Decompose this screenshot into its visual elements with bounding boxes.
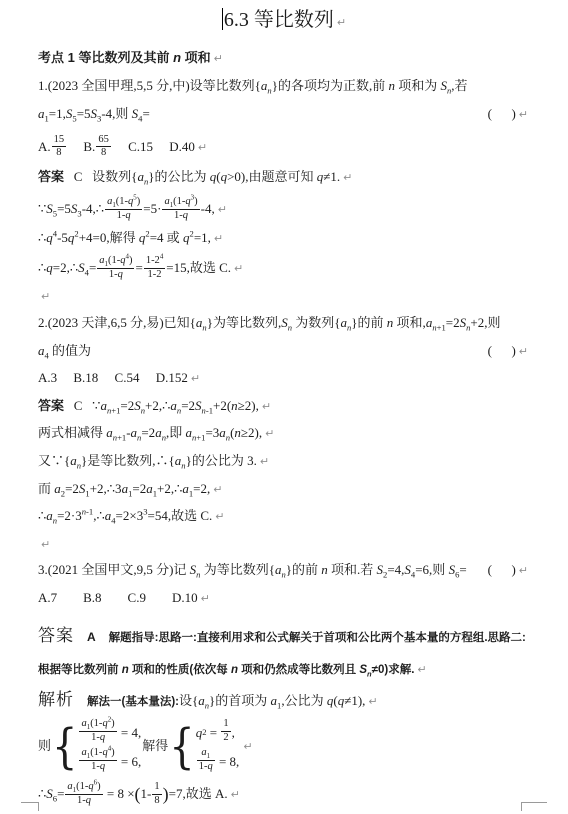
math-anslab: 答案: [38, 398, 64, 413]
inline-sub: 1: [277, 700, 281, 710]
answer-blank-parens: ( ): [488, 106, 516, 121]
problem3-answer-parens: ( )↵: [488, 561, 528, 579]
problem2-solution-line4: ∴an=2·3n-1,∴a4=2×33=54,故选 C.↵: [38, 507, 530, 525]
inline-sup: 5: [133, 195, 136, 202]
section-heading: 考点 1 等比数列及其前 n 项和↵: [38, 47, 530, 66]
empty-paragraph: ↵: [38, 287, 530, 305]
math-fr: a1(1-q4)1-q: [79, 747, 116, 773]
inline-sub: 1: [128, 488, 132, 498]
paragraph-mark-icon: ↵: [231, 788, 240, 801]
page-title: 6.3 等比数列↵: [38, 6, 530, 35]
inline-sub: n+1: [432, 322, 445, 332]
math-nu: a1: [197, 747, 215, 761]
inline-i: an: [46, 508, 57, 523]
inline-i: n: [122, 664, 129, 676]
inline-sub: 1: [87, 753, 90, 760]
inline-sup: 6: [94, 780, 97, 787]
math-anslab: 答案: [38, 169, 64, 184]
problem3-answer: 答案A解题指导:思路一:直接利用求和公式解关于首项和公比两个基本量的方程组.思路…: [38, 618, 530, 682]
inline-i: q: [221, 169, 228, 184]
math-nu: 1-24: [144, 255, 165, 269]
problem2-stem-line2: a4 的值为( )↵: [38, 342, 530, 360]
text-boundary-corner-mark-right: [521, 802, 547, 811]
math-fr: 1-241-2: [144, 255, 165, 281]
math-nu: a1(1-q3): [162, 196, 199, 210]
inline-sub: 1: [73, 787, 76, 794]
inline-i: an: [170, 398, 181, 413]
math-nu: a1(1-q6): [65, 781, 102, 795]
paragraph-mark-icon: ↵: [213, 483, 222, 496]
math-fr: a1(1-q6)1-q: [65, 781, 102, 807]
math-brace: {: [169, 723, 194, 771]
inline-sub: n: [447, 86, 451, 96]
problem2-solution-line2-text: 又∵{an}是等比数列,∴{an}的公比为 3.: [38, 453, 257, 468]
math-bigp: (: [135, 784, 141, 804]
math-de: 1-q: [162, 210, 199, 223]
inline-i: an: [341, 315, 352, 330]
inline-i: n: [192, 433, 196, 443]
inline-sup: 3: [191, 195, 194, 202]
inline-i: n: [231, 398, 238, 413]
page-title-text: 6.3 等比数列: [224, 9, 334, 31]
inline-i: n: [234, 425, 241, 440]
text-boundary-corner-mark-left: [21, 802, 39, 811]
inline-i: q: [46, 260, 53, 275]
problem2-answer: 答案 C ∵an+1=2Sn+2,∴an=2Sn-1+2(n≥2),↵: [38, 397, 530, 415]
inline-sub: 1: [207, 753, 210, 760]
inline-i: an: [219, 425, 230, 440]
inline-i: Sn: [190, 562, 201, 577]
inline-i: q: [207, 761, 212, 772]
inline-i: q: [210, 169, 217, 184]
problem3-analysis: 解析解法一(基本量法):设{an}的首项为 a1,公比为 q(q≠1),↵: [38, 689, 530, 711]
empty-paragraph: ↵: [38, 535, 530, 553]
inline-sub: n: [77, 461, 81, 471]
inline-sub: 1: [85, 488, 89, 498]
paragraph-mark-icon: ↵: [41, 290, 50, 303]
inline-i: Sn: [134, 398, 145, 413]
problem3-final-line: ∴S6=a1(1-q6)1-q = 8 ×(1-18)=7,故选 A.↵: [38, 782, 530, 808]
inline-i: Sn: [440, 78, 451, 93]
paragraph-mark-icon: ↵: [417, 663, 426, 676]
math-de: 1-q: [79, 732, 116, 745]
problem2-solution-line1-text: 两式相减得 an+1-an=2an,即 an+1=3an(n≥2),: [38, 425, 262, 440]
math-nu: a1(1-q5): [105, 196, 142, 210]
inline-sub: 5: [72, 114, 76, 124]
paragraph-mark-icon: ↵: [214, 52, 223, 65]
inline-sub: 4: [138, 114, 142, 124]
inline-sup: 2: [108, 717, 111, 724]
paragraph-mark-icon: ↵: [198, 141, 207, 154]
inline-sub: 1: [87, 724, 90, 731]
inline-i: n: [202, 406, 206, 416]
inline-sub: 2: [61, 488, 65, 498]
inline-sub: 6: [455, 570, 459, 580]
paragraph-mark-icon: ↵: [201, 592, 210, 605]
inline-sub: 6: [53, 794, 57, 804]
paragraph-mark-icon: ↵: [41, 538, 50, 551]
inline-i: Sn: [359, 664, 371, 676]
inline-sub: n: [53, 516, 57, 526]
problem1-options: A.158 B.658 C.15 D.40↵: [38, 135, 530, 161]
problem1-options-text: A.158 B.658 C.15 D.40: [38, 139, 195, 154]
math-fr: 158: [52, 134, 67, 160]
math-fr: a1(1-q3)1-q: [162, 196, 199, 222]
paragraph-mark-icon: ↵: [343, 171, 352, 184]
inline-sub: n: [281, 570, 285, 580]
problem1-stem-line1-text: 1.(2023 全国甲理,5,5 分,中)设等比数列{an}的各项均为正数,前 …: [38, 78, 468, 93]
problem1-answer: 答案 C 设数列{an}的公比为 q(q>0),由题意可知 q≠1.↵: [38, 168, 530, 186]
paragraph-mark-icon: ↵: [191, 372, 200, 385]
inline-i: n: [388, 78, 395, 93]
problem2-solution-line2: 又∵{an}是等比数列,∴{an}的公比为 3.↵: [38, 452, 530, 470]
problem2-stem-line2-text: a4 的值为: [38, 342, 91, 359]
inline-sub: 4: [45, 351, 49, 361]
inline-sub: n: [177, 406, 181, 416]
problem1-solution-line1-text: ∵S5=5S3-4,∴a1(1-q5)1-q=5·a1(1-q3)1-q-4,: [38, 201, 215, 216]
problem3-analysis-text: 解法一(基本量法):设{an}的首项为 a1,公比为 q(q≠1),: [87, 693, 365, 708]
text-cursor-caret: [222, 8, 223, 30]
problem2-stem-line1: 2.(2023 天津,6,5 分,易)已知{an}为等比数列,Sn 为数列{an…: [38, 314, 530, 331]
document-page[interactable]: 6.3 等比数列↵ 考点 1 等比数列及其前 n 项和↵ 1.(2023 全国甲…: [0, 0, 568, 814]
inline-i: an: [70, 453, 81, 468]
inline-i: an: [275, 562, 286, 577]
problem1-stem-line2-text: a1=1,S5=5S3-4,则 S4=: [38, 105, 150, 122]
problem3-equation-system-text: 则{a1(1-q2)1-q = 4,a1(1-q4)1-q = 6,解得{q2 …: [38, 738, 240, 753]
paragraph-mark-icon: ↵: [519, 564, 528, 577]
math-de: 1-q: [65, 795, 102, 808]
inline-sub: n: [202, 322, 206, 332]
math-fr: 18: [152, 781, 161, 807]
math-de: 1-q: [197, 761, 215, 774]
inline-sub: n: [466, 322, 470, 332]
math-nu: 1: [221, 718, 230, 732]
problem1-solution-line2: ∴q4-5q2+4=0,解得 q2=4 或 q2=1,↵: [38, 229, 530, 247]
inline-sub: n: [181, 461, 185, 471]
math-de: 1-q: [79, 761, 116, 774]
problem3-answer-letter: A: [87, 630, 96, 644]
inline-sub: 5: [53, 209, 57, 219]
problem1-answer-text: 答案 C 设数列{an}的公比为 q(q>0),由题意可知 q≠1.: [38, 169, 340, 184]
math-rows: q2 = 12,a11-q = 8,: [196, 719, 240, 774]
analysis-label: 解析: [38, 690, 74, 709]
math-de: 8: [152, 795, 161, 808]
problem2-solution-line4-text: ∴an=2·3n-1,∴a4=2×33=54,故选 C.: [38, 508, 212, 523]
paragraph-mark-icon: ↵: [215, 510, 224, 523]
inline-sup: 4: [108, 746, 111, 753]
inline-sub: 4: [111, 516, 115, 526]
math-row: q2 = 12,: [196, 719, 235, 745]
inline-i: q: [338, 693, 345, 708]
inline-sub: n: [141, 406, 145, 416]
math-de: 1-q: [105, 210, 142, 223]
math-fr: 658: [96, 134, 111, 160]
problem2-answer-text: 答案 C ∵an+1=2Sn+2,∴an=2Sn-1+2(n≥2),: [38, 398, 259, 413]
problem2-solution-line1: 两式相减得 an+1-an=2an,即 an+1=3an(n≥2),↵: [38, 424, 530, 442]
inline-i: an: [175, 453, 186, 468]
inline-sup: 2: [190, 228, 194, 238]
inline-sub: n: [267, 86, 271, 96]
inline-i: an: [131, 425, 142, 440]
inline-i: an: [155, 425, 166, 440]
math-row: a1(1-q4)1-q = 6,: [78, 748, 141, 774]
inline-sup: 2: [74, 228, 78, 238]
inline-i: an: [196, 315, 207, 330]
problem1-solution-line3-text: ∴q=2,∴S4=a1(1-q4)1-q=1-241-2=15,故选 C.: [38, 260, 231, 275]
paragraph-mark-icon: ↵: [234, 262, 243, 275]
inline-sub: 1: [105, 261, 108, 268]
inline-sub: 1: [170, 202, 173, 209]
inline-sub: 1: [112, 202, 115, 209]
answer-blank-parens: ( ): [488, 343, 516, 358]
math-fr: a1(1-q5)1-q: [105, 196, 142, 222]
math-de: 2: [221, 732, 230, 745]
problem1-answer-parens: ( )↵: [488, 105, 528, 123]
inline-sup: 4: [53, 228, 57, 238]
problem2-solution-line3-text: 而 a2=2S1+2,∴3a1=2a1+2,∴a1=2,: [38, 481, 210, 496]
inline-sub: 2: [383, 570, 387, 580]
problem2-options: A.3 B.18 C.54 D.152↵: [38, 369, 530, 387]
inline-i: n: [231, 664, 238, 676]
inline-sup: 4: [160, 254, 163, 261]
inline-sub: n+1: [113, 433, 126, 443]
inline-i: an: [137, 169, 148, 184]
problem3-equation-system: 则{a1(1-q2)1-q = 4,a1(1-q4)1-q = 6,解得{q2 …: [38, 719, 530, 774]
paragraph-mark-icon: ↵: [262, 400, 271, 413]
math-cases: {a1(1-q2)1-q = 4,a1(1-q4)1-q = 6,: [52, 719, 141, 774]
inline-i: q: [118, 269, 123, 280]
math-nu: a1(1-q2): [79, 718, 116, 732]
math-nu: a1(1-q4): [79, 747, 116, 761]
inline-i: an: [261, 78, 272, 93]
paragraph-mark-icon: ↵: [214, 232, 223, 245]
problem2-answer-parens: ( )↵: [488, 342, 528, 360]
inline-sup: n-1: [82, 507, 93, 517]
paragraph-mark-icon: ↵: [260, 455, 269, 468]
inline-i: q: [125, 210, 130, 221]
math-nu: 15: [52, 134, 67, 148]
inline-sub: n: [137, 433, 141, 443]
math-fr: 12: [221, 718, 230, 744]
inline-sub: n: [288, 322, 292, 332]
math-fr: a11-q: [197, 747, 215, 773]
inline-i: n: [113, 433, 117, 443]
math-de: 8: [96, 147, 111, 160]
math-cases: {q2 = 12,a11-q = 8,: [169, 719, 239, 774]
math-bigp: ): [163, 784, 169, 804]
problem1-solution-line3: ∴q=2,∴S4=a1(1-q4)1-q=1-241-2=15,故选 C.↵: [38, 256, 530, 282]
inline-i: Sn: [460, 315, 471, 330]
problem3-stem: 3.(2021 全国甲文,9,5 分)记 Sn 为等比数列{an}的前 n 项和…: [38, 561, 530, 579]
paragraph-mark-icon: ↵: [519, 108, 528, 121]
inline-sub: 3: [77, 209, 81, 219]
inline-i: n: [173, 50, 181, 65]
inline-sub: n: [162, 433, 166, 443]
paragraph-mark-icon: ↵: [265, 427, 274, 440]
inline-i: n: [321, 562, 328, 577]
inline-sub: 1: [189, 488, 193, 498]
inline-i: q: [100, 761, 105, 772]
paragraph-mark-icon: ↵: [218, 203, 227, 216]
inline-i: n: [82, 507, 86, 517]
inline-sub: n: [347, 322, 351, 332]
inline-sub: 4: [411, 570, 415, 580]
inline-sub: n: [226, 433, 230, 443]
inline-sup: 3: [143, 507, 147, 517]
inline-i: n: [387, 315, 394, 330]
problem1-solution-line2-text: ∴q4-5q2+4=0,解得 q2=4 或 q2=1,: [38, 230, 211, 245]
math-nu: a1(1-q4): [97, 255, 134, 269]
problem2-options-text: A.3 B.18 C.54 D.152: [38, 370, 188, 385]
inline-sub: n-1: [202, 406, 213, 416]
inline-i: q: [100, 732, 105, 743]
section-heading-text: 考点 1 等比数列及其前 n 项和: [38, 50, 211, 65]
math-de: 1-2: [144, 269, 165, 282]
answer-label: 答案: [38, 626, 74, 645]
inline-i: n: [432, 322, 436, 332]
inline-sub: 1: [153, 488, 157, 498]
problem1-stem-line1: 1.(2023 全国甲理,5,5 分,中)设等比数列{an}的各项均为正数,前 …: [38, 77, 530, 94]
document-content: 6.3 等比数列↵ 考点 1 等比数列及其前 n 项和↵ 1.(2023 全国甲…: [0, 0, 568, 809]
math-rows: a1(1-q2)1-q = 4,a1(1-q4)1-q = 6,: [78, 719, 141, 774]
inline-sup: 2: [145, 228, 149, 238]
math-de: 8: [52, 147, 67, 160]
problem2-solution-line3: 而 a2=2S1+2,∴3a1=2a1+2,∴a1=2,↵: [38, 480, 530, 498]
inline-sub: n+1: [107, 406, 120, 416]
inline-sub: n: [196, 570, 200, 580]
inline-sub: n+1: [192, 433, 205, 443]
problem2-stem-line1-text: 2.(2023 天津,6,5 分,易)已知{an}为等比数列,Sn 为数列{an…: [38, 315, 500, 330]
math-row: a11-q = 8,: [196, 748, 240, 774]
math-row: a1(1-q2)1-q = 4,: [78, 719, 141, 745]
problem3-options-text: A.7 B.8 C.9 D.10: [38, 590, 198, 605]
inline-i: q: [86, 795, 91, 806]
paragraph-mark-icon: ↵: [368, 695, 377, 708]
inline-i: q: [183, 210, 188, 221]
problem3-final-line-text: ∴S6=a1(1-q6)1-q = 8 ×(1-18)=7,故选 A.: [38, 786, 228, 801]
inline-i: Sn: [281, 315, 292, 330]
math-brace: {: [52, 723, 77, 771]
problem1-stem-line2: a1=1,S5=5S3-4,则 S4=( )↵: [38, 105, 530, 123]
inline-sub: n: [205, 700, 209, 710]
inline-sub: 4: [85, 268, 89, 278]
inline-sub: 3: [97, 114, 101, 124]
inline-sup: 4: [126, 254, 129, 261]
inline-i: q: [327, 693, 334, 708]
inline-i: q: [317, 169, 324, 184]
inline-sub: n: [144, 176, 148, 186]
math-nu: 65: [96, 134, 111, 148]
inline-sub: n: [367, 669, 372, 678]
math-hd: 解法一(基本量法):: [87, 696, 179, 708]
inline-i: an: [198, 693, 209, 708]
math-de: 1-q: [97, 269, 134, 282]
paragraph-mark-icon: ↵: [243, 740, 252, 753]
paragraph-mark-icon: ↵: [337, 16, 346, 29]
problem3-stem-text: 3.(2021 全国甲文,9,5 分)记 Sn 为等比数列{an}的前 n 项和…: [38, 561, 467, 578]
paragraph-mark-icon: ↵: [519, 345, 528, 358]
answer-blank-parens: ( ): [488, 562, 516, 577]
inline-sub: 1: [45, 114, 49, 124]
math-fr: a1(1-q2)1-q: [79, 718, 116, 744]
problem3-options: A.7 B.8 C.9 D.10↵: [38, 589, 530, 607]
math-nu: 1: [152, 781, 161, 795]
problem1-solution-line1: ∵S5=5S3-4,∴a1(1-q5)1-q=5·a1(1-q3)1-q-4,↵: [38, 197, 530, 223]
problem3-guide-text: 解题指导:思路一:直接利用求和公式解关于首项和公比两个基本量的方程组.思路二:根…: [38, 632, 526, 676]
inline-i: n: [107, 406, 111, 416]
math-fr: a1(1-q4)1-q: [97, 255, 134, 281]
